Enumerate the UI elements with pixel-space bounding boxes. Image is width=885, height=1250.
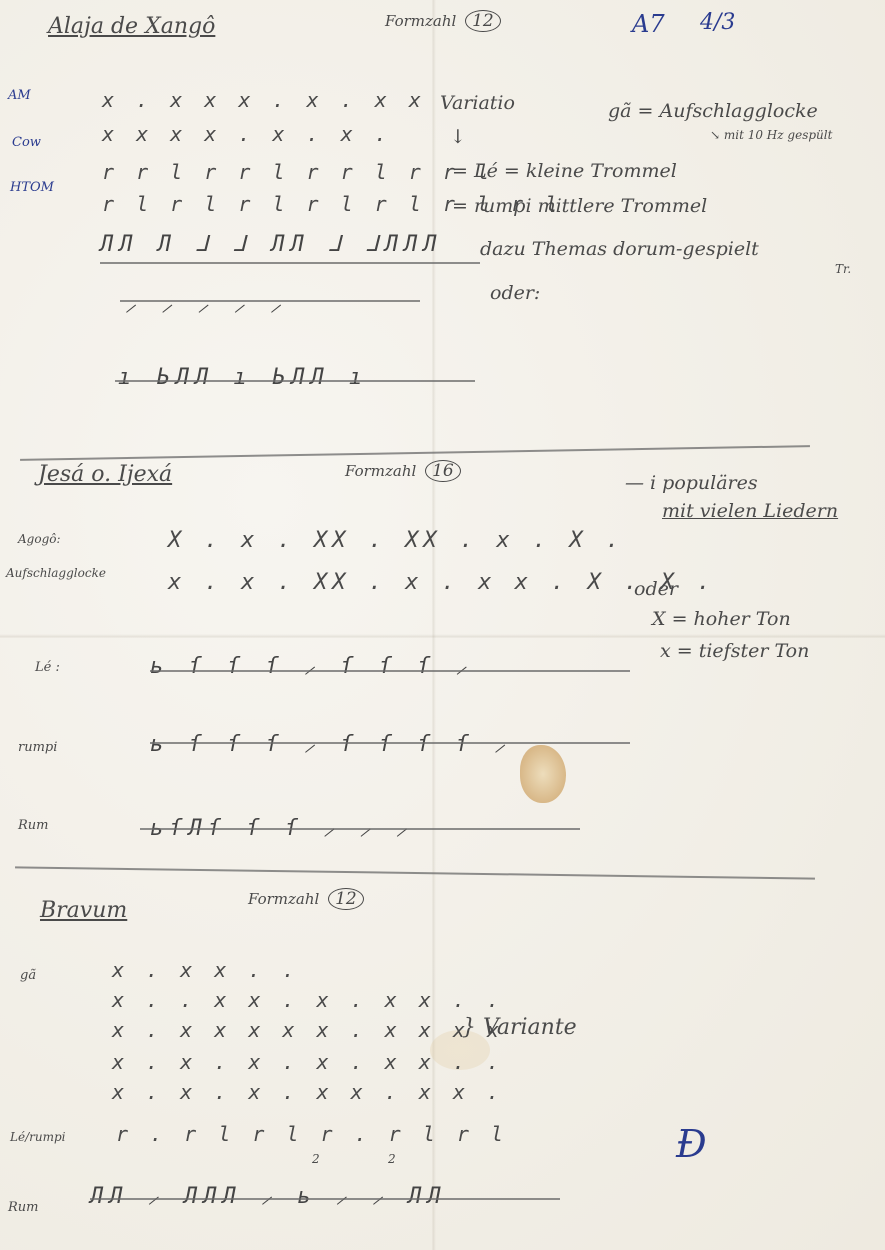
gan-subnote: ↘ mit 10 Hz gespült (710, 128, 832, 142)
rhythm-notation-1: ЛЛ Л ⅃ ⅃ ЛЛ ⅃ ⅃ЛЛЛ (100, 232, 442, 257)
drum-label-rumpi: rumpi (18, 740, 57, 755)
page-number: 4/3 (700, 10, 735, 35)
instrument-label-cow: Cow (12, 135, 41, 150)
staff-line (140, 828, 580, 830)
bravum-row-5: x . x . x . x x . x x . (112, 1080, 504, 1104)
formzahl-section3: Formzahl 12 (248, 888, 364, 910)
variante-label: } Variante (462, 1015, 577, 1040)
pattern-row-2: x x x x . x . x . (102, 122, 392, 146)
bravum-row-2: x . . x x . x . x x . . (112, 988, 504, 1012)
bravum-row-4: x . x . x . x . x x . . (112, 1050, 504, 1074)
instrument-label-htom: HTOM (10, 180, 54, 195)
side-note-lieder: mit vielen Liedern (662, 500, 838, 522)
rum-label: Rum (8, 1200, 39, 1215)
signature-mark: Ð (676, 1122, 707, 1166)
pattern-row-3: r r l r r l r r l r r l (102, 160, 494, 184)
side-note-populaeres: — i populäres (625, 472, 758, 494)
arrow-down-icon: ↓ (450, 126, 466, 148)
staff-line (150, 670, 630, 672)
formzahl-value: 12 (328, 888, 364, 910)
formzahl-label: Formzahl (345, 462, 416, 480)
agogo-label: Agogô: (18, 532, 61, 546)
aufschlagglocke-label: Aufschlagglocke (6, 566, 106, 580)
le-rumpi-pattern: r . r l r l r . r l r l (116, 1122, 508, 1146)
bravum-row-1: x . x x . . (112, 958, 299, 982)
rhythm-notation-2: ⸝ ⸝ ⸝ ⸝ ⸝ (125, 288, 287, 318)
formzahl-header: Formzahl 12 (385, 10, 501, 32)
rhythm-notation-3: ı ЬЛЛ ı ЬЛЛ ı (118, 365, 368, 390)
agogo-pattern: X . x . XX . XX . x . X . (168, 528, 624, 553)
oder-label-2: oder (634, 578, 678, 600)
le-rumpi-label: Lé/rumpi (10, 1130, 65, 1144)
triplet-mark-2: 2 (388, 1152, 396, 1166)
le-note: = Lé = kleine Trommel (452, 160, 677, 182)
section3-title: Bravum (40, 898, 127, 923)
formzahl-value: 16 (425, 460, 461, 482)
gan-note: gã = Aufschlagglocke (608, 100, 818, 122)
staff-line (90, 1198, 560, 1200)
gan-label: gã (20, 968, 36, 983)
variatio-label: Variatio (440, 92, 515, 114)
coffee-stain (520, 745, 566, 803)
legend-high-tone: X = hoher Ton (652, 608, 791, 630)
staff-line (120, 300, 420, 302)
section2-title: Jesá o. Ijexá (38, 462, 172, 487)
pattern-row-1: x . x x x . x . x x (102, 88, 426, 112)
legend-low-tone: x = tiefster Ton (660, 640, 809, 662)
bravum-row-3: x . x x x x x . x x x x (112, 1018, 504, 1042)
drum-label-le: Lé : (35, 660, 60, 675)
formzahl-value: 12 (465, 10, 501, 32)
rum-rhythm-bravum: ЛЛ ⸝ ЛЛЛ ⸝ ь ⸝ ⸝ ЛЛ (90, 1180, 447, 1210)
tr-note: Tr. (835, 262, 851, 276)
rumpi-note: = rumpi mittlere Trommel (452, 195, 707, 217)
page-title: Alaja de Xangô (48, 14, 215, 39)
oder-label-1: oder: (490, 282, 540, 304)
reference-code: A7 (632, 10, 665, 38)
staff-line (150, 742, 630, 744)
formzahl-section2: Formzahl 16 (345, 460, 461, 482)
rum-rhythm: ьſЛſ ſ ſ ⸝ ⸝ ⸝ (150, 812, 413, 842)
le-rhythm: ь ſ ſ ſ ⸝ ſ ſ ſ ⸝ (150, 650, 473, 680)
triplet-mark-1: 2 (312, 1152, 320, 1166)
dazu-note: dazu Themas dorum-gespielt (480, 238, 759, 260)
staff-line (115, 380, 475, 382)
staff-line (100, 262, 480, 264)
instrument-label-am: AM (8, 88, 31, 103)
drum-label-rum: Rum (18, 818, 49, 833)
formzahl-label: Formzahl (385, 12, 456, 30)
formzahl-label: Formzahl (248, 890, 319, 908)
